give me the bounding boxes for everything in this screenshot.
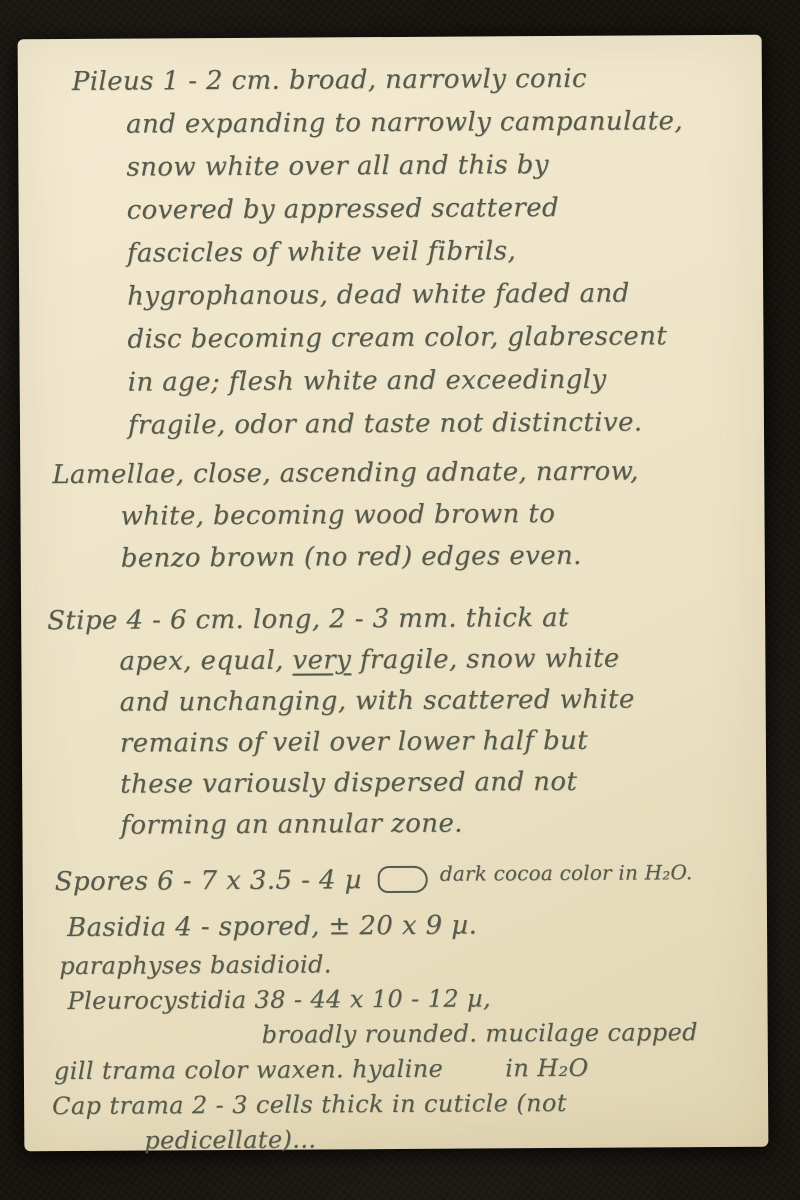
lamellae-paragraph: Lamellae, close, ascending adnate, narro… xyxy=(36,450,755,580)
line-text: fragile, snow white xyxy=(351,644,620,676)
underlined-word: very xyxy=(292,645,351,675)
spore-measurement: Spores 6 - 7 x 3.5 - 4 µ xyxy=(55,865,362,897)
handwritten-line: white, becoming wood brown to xyxy=(120,492,754,538)
spores-line-group: Spores 6 - 7 x 3.5 - 4 µdark cocoa color… xyxy=(39,851,757,897)
handwritten-note-card: Pileus 1 - 2 cm. broad, narrowly conic a… xyxy=(18,35,769,1152)
handwritten-line: paraphyses basidioid. xyxy=(59,945,757,984)
handwritten-line: gill trama color waxen. hyalinein H₂O xyxy=(54,1050,758,1089)
handwritten-line: fragile, odor and taste not distinctive. xyxy=(128,401,754,448)
handwritten-line: forming an annular zone. xyxy=(120,802,756,847)
handwritten-line: and unchanging, with scattered white xyxy=(120,679,756,724)
handwritten-line: and expanding to narrowly campanulate, xyxy=(126,100,752,147)
pileus-paragraph: Pileus 1 - 2 cm. broad, narrowly conic a… xyxy=(34,57,754,448)
handwritten-line: fascicles of white veil fibrils, xyxy=(127,229,753,276)
handwritten-line: Cap trama 2 - 3 cells thick in cuticle (… xyxy=(52,1085,758,1124)
water-mount-note: in H₂O xyxy=(505,1054,589,1083)
handwritten-line: broadly rounded. mucilage capped xyxy=(262,1015,758,1053)
micro-detail-lines: paraphyses basidioid. Pleurocystidia 38 … xyxy=(39,945,758,1159)
handwritten-line: pedicellate)... xyxy=(144,1120,758,1159)
line-text: apex, equal, xyxy=(119,646,292,677)
spore-color-annotation: dark cocoa color in H₂O. xyxy=(440,860,693,886)
handwritten-line: benzo brown (no red) edges even. xyxy=(121,534,755,580)
stipe-paragraph: Stipe 4 - 6 cm. long, 2 - 3 mm. thick at… xyxy=(37,597,756,847)
spore-outline-icon xyxy=(378,866,428,893)
handwritten-line: Lamellae, close, ascending adnate, narro… xyxy=(52,450,754,496)
line-text: gill trama color waxen. hyaline xyxy=(54,1055,443,1085)
handwritten-line: Pileus 1 - 2 cm. broad, narrowly conic xyxy=(72,57,752,104)
handwritten-line: covered by appressed scattered xyxy=(127,186,753,233)
handwritten-line: Pleurocystidia 38 - 44 x 10 - 12 µ, xyxy=(67,980,757,1019)
handwritten-line: snow white over all and this by xyxy=(126,143,752,190)
handwritten-line: hygrophanous, dead white faded and xyxy=(127,272,753,319)
photo-background: { "scene": { "background_color": "#17130… xyxy=(0,0,800,1200)
handwritten-line: apex, equal, very fragile, snow white xyxy=(119,638,755,683)
handwritten-line: remains of veil over lower half but xyxy=(120,720,756,765)
handwritten-line: disc becoming cream color, glabrescent xyxy=(127,315,753,362)
handwritten-line: Basidia 4 - spored, ± 20 x 9 µ. xyxy=(67,903,757,949)
handwritten-line: Stipe 4 - 6 cm. long, 2 - 3 mm. thick at xyxy=(47,597,755,642)
microscopy-notes: Basidia 4 - spored, ± 20 x 9 µ. paraphys… xyxy=(39,903,759,1159)
handwritten-line: Spores 6 - 7 x 3.5 - 4 µdark cocoa color… xyxy=(55,851,757,897)
handwritten-line: in age; flesh white and exceedingly xyxy=(128,358,754,405)
handwritten-line: these variously dispersed and not xyxy=(120,761,756,806)
